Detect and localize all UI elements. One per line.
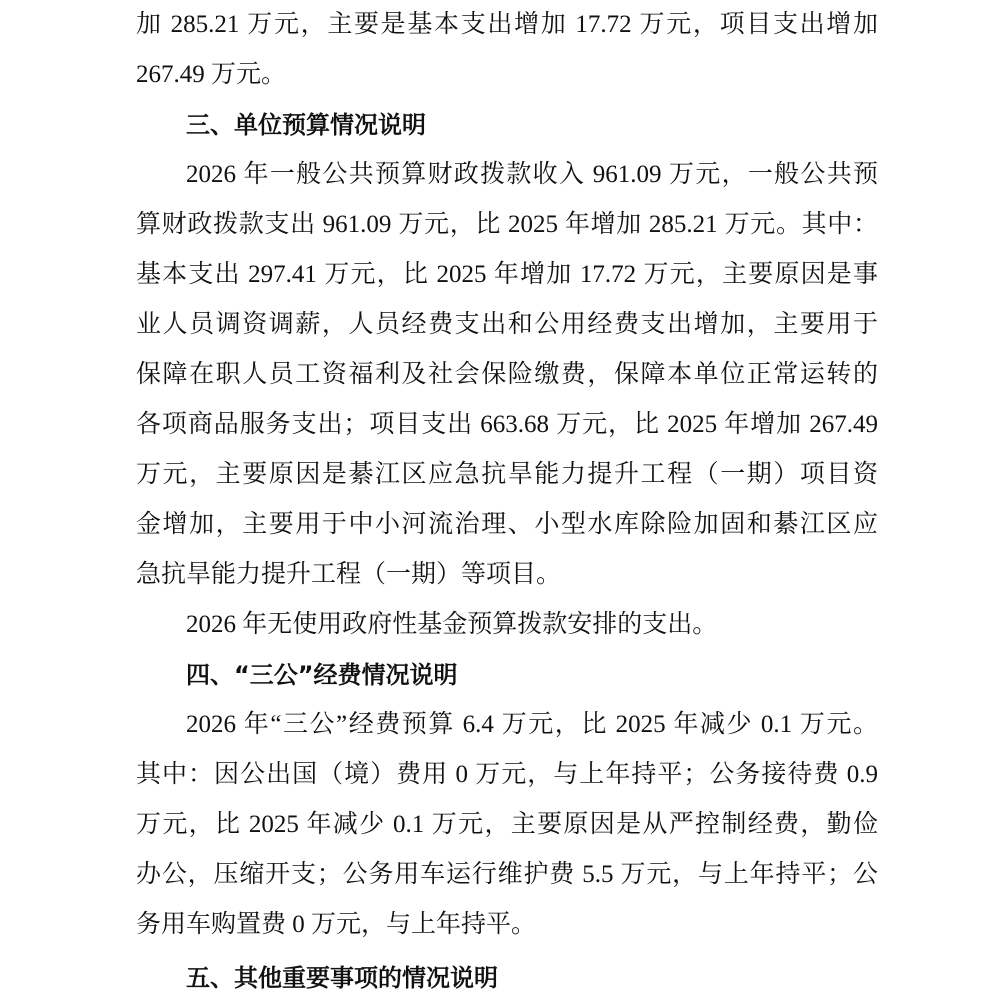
section-heading-other-matters: 五、其他重要事项的情况说明 bbox=[186, 953, 498, 1002]
paragraph-line: 算财政拨款支出 961.09 万元，比 2025 年增加 285.21 万元。其… bbox=[136, 200, 878, 250]
paragraph-line: 万元，主要原因是綦江区应急抗旱能力提升工程（一期）项目资 bbox=[136, 450, 878, 500]
paragraph-line: 其中：因公出国（境）费用 0 万元，与上年持平；公务接待费 0.9 bbox=[136, 750, 878, 800]
paragraph-line: 267.49 万元。 bbox=[136, 50, 286, 100]
paragraph-line: 办公，压缩开支；公务用车运行维护费 5.5 万元，与上年持平；公 bbox=[136, 850, 878, 900]
paragraph-line: 金增加，主要用于中小河流治理、小型水库除险加固和綦江区应 bbox=[136, 500, 878, 550]
paragraph-line: 加 285.21 万元，主要是基本支出增加 17.72 万元，项目支出增加 bbox=[136, 0, 878, 50]
paragraph-line: 业人员调资调薪，人员经费支出和公用经费支出增加，主要用于 bbox=[136, 300, 878, 350]
paragraph-line: 保障在职人员工资福利及社会保险缴费，保障本单位正常运转的 bbox=[136, 350, 878, 400]
paragraph-line: 务用车购置费 0 万元，与上年持平。 bbox=[136, 900, 536, 950]
section-heading-three-public-expenses: 四、“三公”经费情况说明 bbox=[186, 650, 458, 700]
paragraph-line: 急抗旱能力提升工程（一期）等项目。 bbox=[136, 550, 561, 600]
paragraph-line: 2026 年一般公共预算财政拨款收入 961.09 万元，一般公共预 bbox=[186, 150, 878, 200]
paragraph-line: 万元，比 2025 年减少 0.1 万元，主要原因是从严控制经费，勤俭 bbox=[136, 800, 878, 850]
paragraph-line: 2026 年无使用政府性基金预算拨款安排的支出。 bbox=[186, 600, 717, 650]
paragraph-line: 各项商品服务支出；项目支出 663.68 万元，比 2025 年增加 267.4… bbox=[136, 400, 878, 450]
section-heading-unit-budget: 三、单位预算情况说明 bbox=[186, 100, 426, 150]
paragraph-line: 2026 年“三公”经费预算 6.4 万元，比 2025 年减少 0.1 万元。 bbox=[186, 700, 878, 750]
paragraph-line: 基本支出 297.41 万元，比 2025 年增加 17.72 万元，主要原因是… bbox=[136, 250, 878, 300]
